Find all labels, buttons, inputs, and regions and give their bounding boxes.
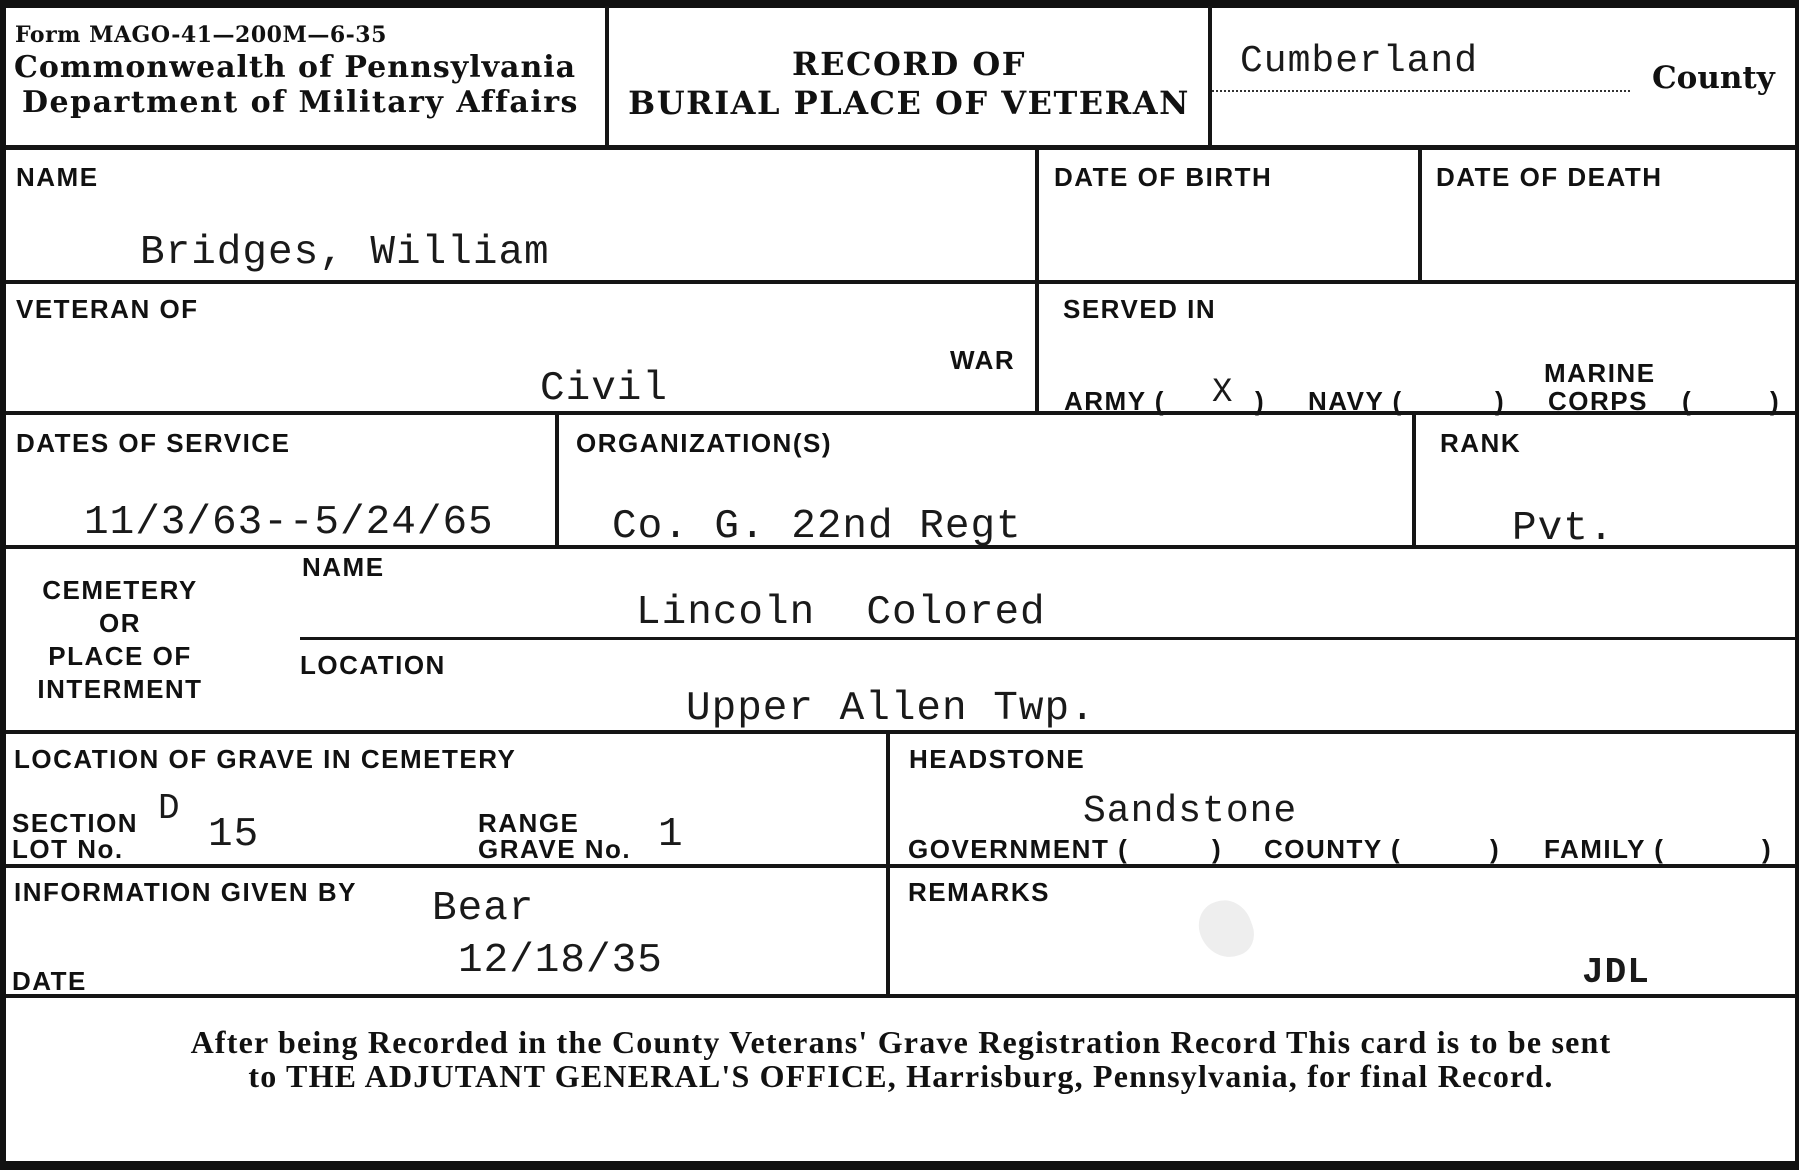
cemetery-section-label-line1: CEMETERY xyxy=(20,575,220,606)
row5-bottom-rule xyxy=(6,730,1796,734)
army-checkbox-mark[interactable]: X xyxy=(1212,374,1233,412)
served-in-label: SERVED IN xyxy=(1063,294,1216,325)
cemetery-location-label: LOCATION xyxy=(300,650,446,681)
date-of-death-label: DATE OF DEATH xyxy=(1436,162,1663,193)
row3-bottom-rule xyxy=(6,411,1796,415)
headstone-government-label: GOVERNMENT ( xyxy=(908,834,1128,865)
cemetery-name-label: NAME xyxy=(302,552,385,583)
row4-divider-1 xyxy=(555,415,559,545)
veteran-of-label: VETERAN OF xyxy=(16,294,199,325)
grave-location-label: LOCATION OF GRAVE IN CEMETERY xyxy=(14,744,516,775)
cemetery-name-value[interactable]: Lincoln Colored xyxy=(636,590,1046,636)
headstone-government-close[interactable]: ) xyxy=(1212,834,1222,865)
cemetery-section-label-line4: INTERMENT xyxy=(20,674,220,705)
headstone-county-close[interactable]: ) xyxy=(1490,834,1500,865)
dates-of-service-value[interactable]: 11/3/63--5/24/65 xyxy=(84,500,494,546)
dates-of-service-label: DATES OF SERVICE xyxy=(16,428,290,459)
info-date-value[interactable]: 12/18/35 xyxy=(458,938,663,984)
issuer-department: Department of Military Affairs xyxy=(22,85,579,120)
headstone-family-label: FAMILY ( xyxy=(1544,834,1664,865)
form-title-line1: RECORD OF xyxy=(609,45,1209,83)
row2-bottom-rule xyxy=(6,280,1796,284)
section-value[interactable]: D xyxy=(158,788,181,829)
organization-label: ORGANIZATION(S) xyxy=(576,428,832,459)
cemetery-section-label-line3: PLACE OF xyxy=(20,641,220,672)
marine-corps-label-line1: MARINE xyxy=(1544,358,1656,389)
form-title-line2: BURIAL PLACE OF VETERAN xyxy=(609,84,1209,122)
form-number: Form MAGO-41—200M—6-35 xyxy=(15,22,387,48)
headstone-family-close[interactable]: ) xyxy=(1762,834,1772,865)
headstone-value[interactable]: Sandstone xyxy=(1083,790,1297,833)
footer-instruction-line1: After being Recorded in the County Veter… xyxy=(6,1025,1796,1059)
date-of-birth-label: DATE OF BIRTH xyxy=(1054,162,1272,193)
veteran-name-value[interactable]: Bridges, William xyxy=(140,230,550,276)
footer-instruction-line2: to THE ADJUTANT GENERAL'S OFFICE, Harris… xyxy=(6,1059,1796,1093)
remarks-label: REMARKS xyxy=(908,877,1050,908)
row7-bottom-rule xyxy=(6,994,1796,998)
county-underline xyxy=(1212,90,1630,92)
header-bottom-rule xyxy=(6,145,1796,150)
headstone-label: HEADSTONE xyxy=(909,744,1085,775)
grave-number-value[interactable]: 1 xyxy=(658,812,684,858)
information-given-by-label: INFORMATION GIVEN BY xyxy=(14,877,357,908)
row4-divider-2 xyxy=(1412,415,1416,545)
row4-bottom-rule xyxy=(6,545,1796,549)
war-label: WAR xyxy=(950,345,1015,376)
information-given-by-value[interactable]: Bear xyxy=(432,886,534,932)
lot-value[interactable]: 15 xyxy=(208,812,259,858)
county-value[interactable]: Cumberland xyxy=(1240,40,1478,83)
name-label: NAME xyxy=(16,162,99,193)
row6-bottom-rule xyxy=(6,864,1796,868)
headstone-county-label: COUNTY ( xyxy=(1264,834,1401,865)
lot-label: LOT No. xyxy=(12,834,124,865)
cemetery-location-value[interactable]: Upper Allen Twp. xyxy=(686,686,1096,732)
info-date-label: DATE xyxy=(12,966,87,997)
cemetery-name-rule xyxy=(300,637,1796,640)
grave-number-label: GRAVE No. xyxy=(478,834,631,865)
rank-label: RANK xyxy=(1440,428,1521,459)
header-divider-2 xyxy=(1208,6,1212,146)
county-label: County xyxy=(1652,60,1775,96)
war-value[interactable]: Civil xyxy=(540,366,668,412)
organization-value[interactable]: Co. G. 22nd Regt xyxy=(612,504,1022,550)
recorder-initials: JDL xyxy=(1582,952,1650,993)
row2-divider-2 xyxy=(1418,150,1422,280)
cemetery-section-label-line2: OR xyxy=(20,608,220,639)
issuer-commonwealth: Commonwealth of Pennsylvania xyxy=(14,50,576,85)
